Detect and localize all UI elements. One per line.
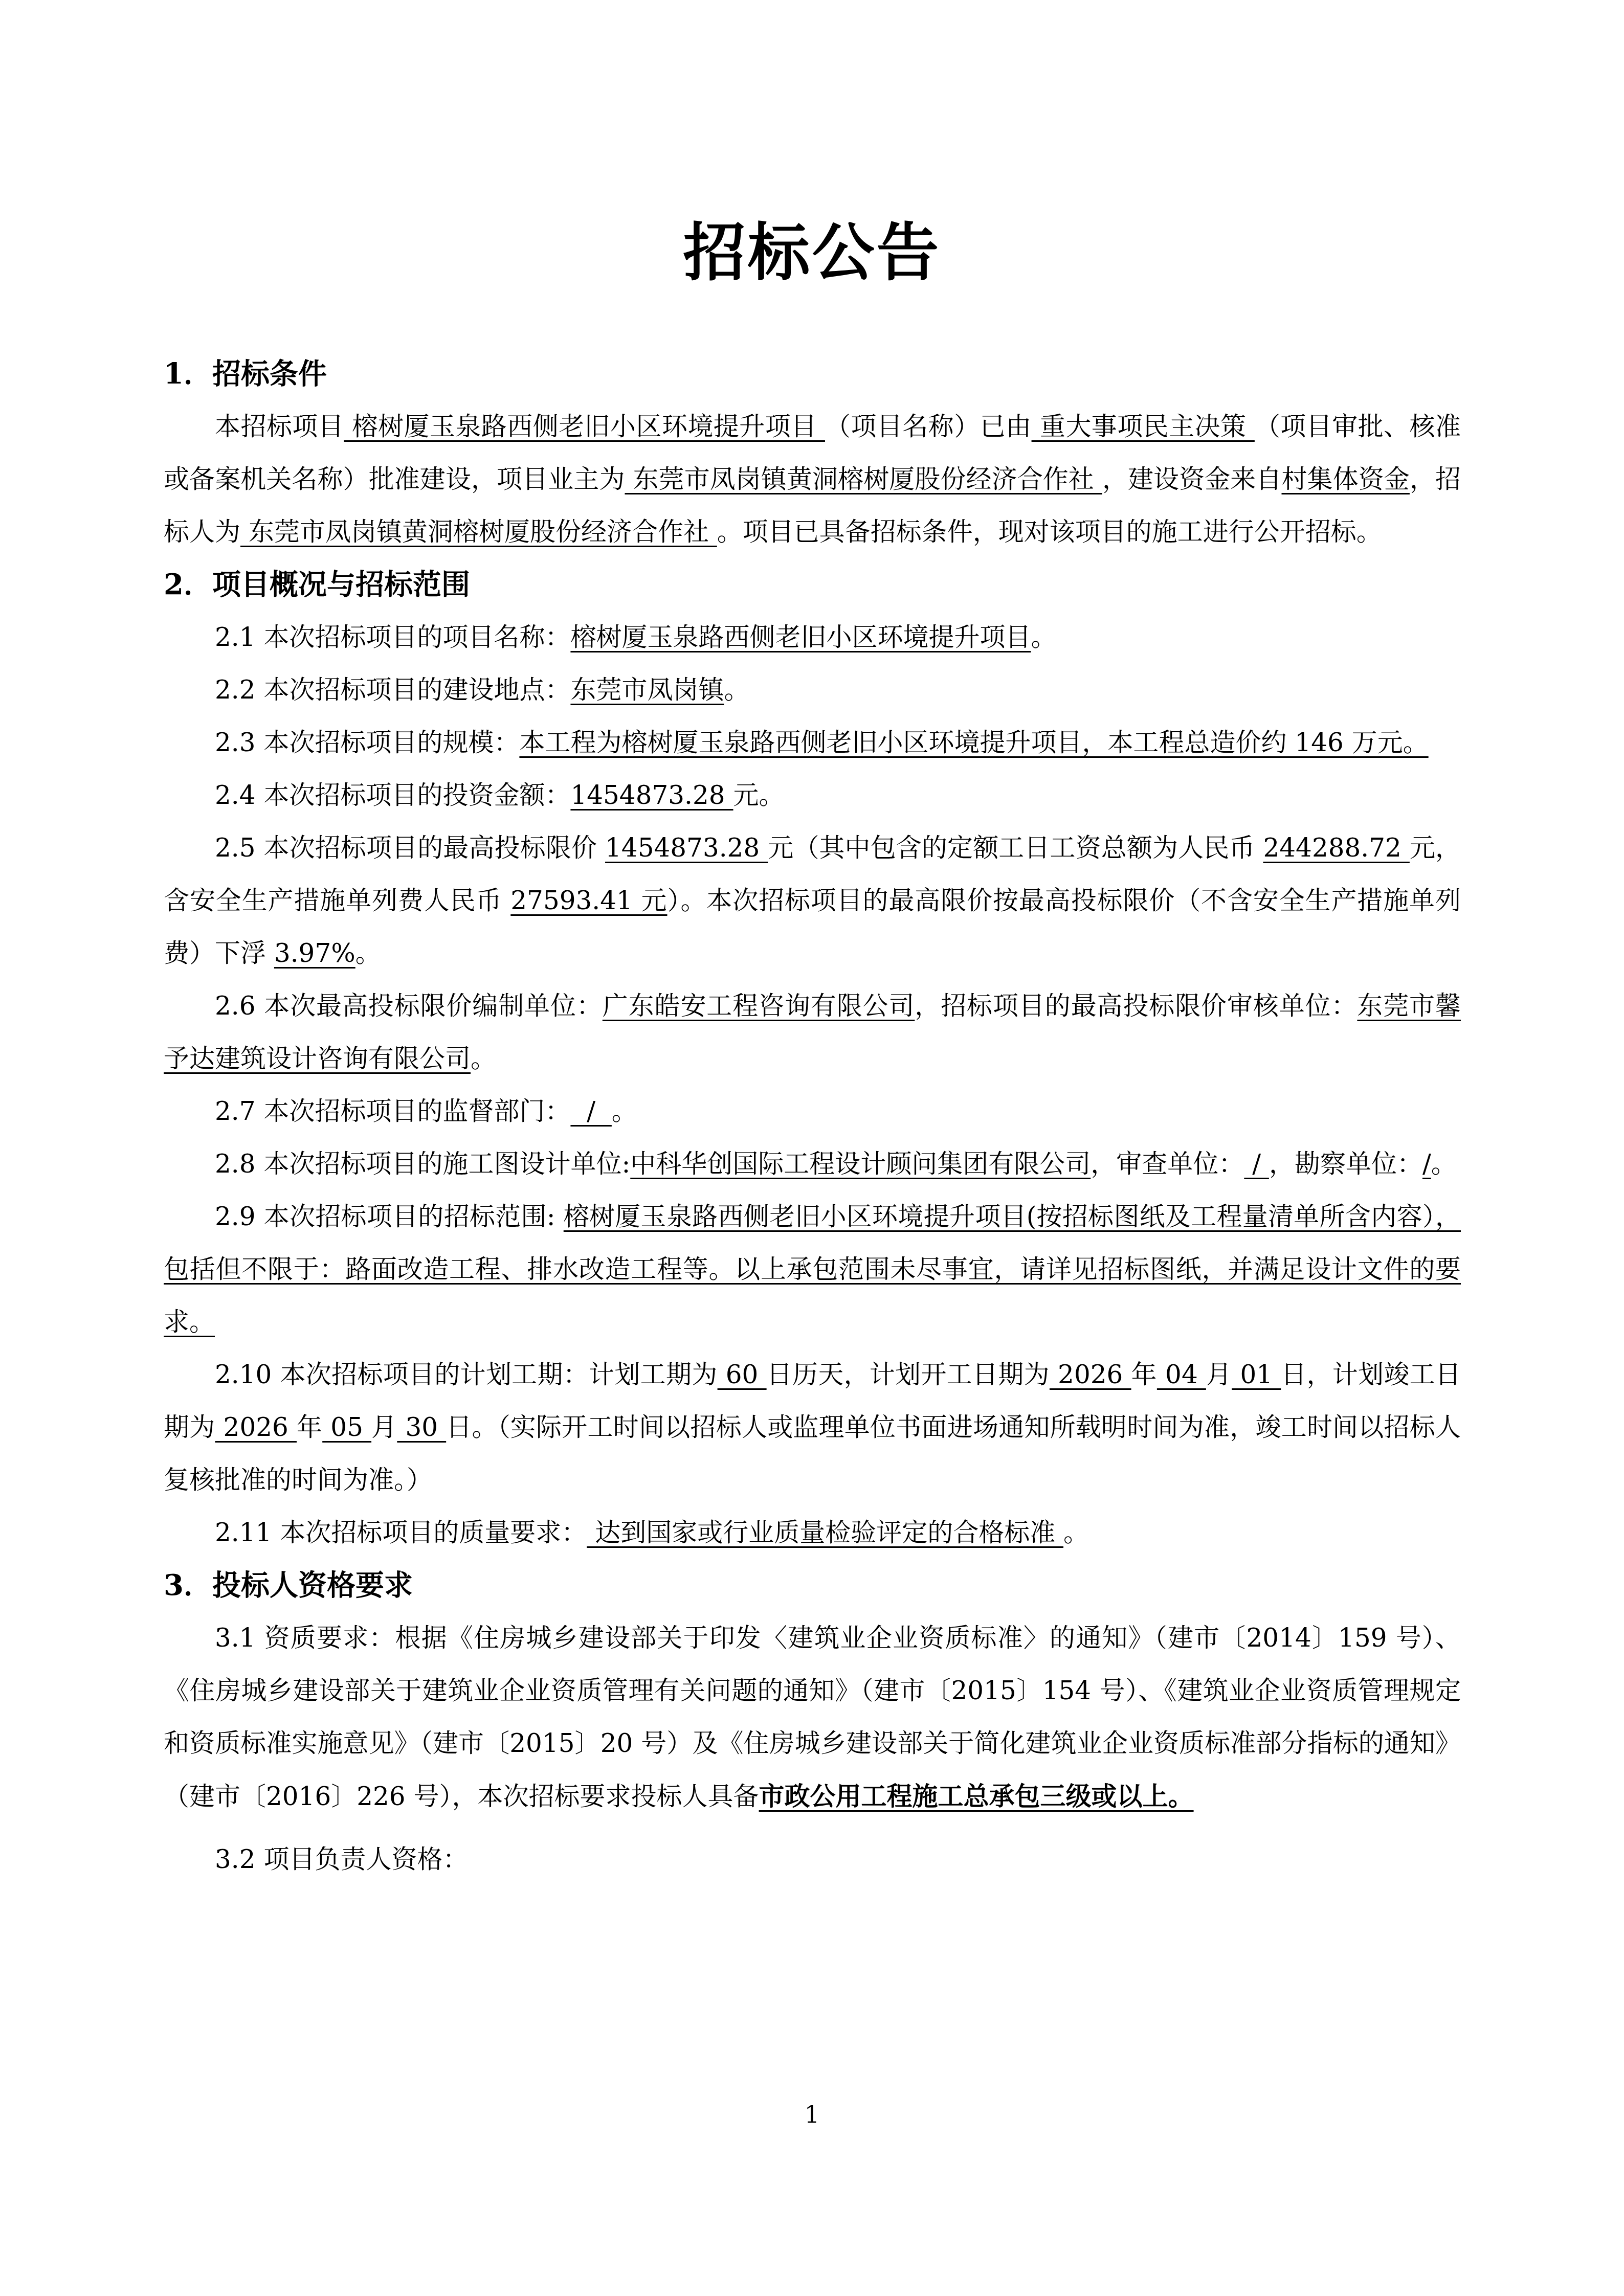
fund-source: 村集体资金 <box>1282 464 1410 494</box>
text: 元（其中包含的定额工日工资总额为人民币 <box>768 833 1263 863</box>
scale-value: 本工程为榕树厦玉泉路西侧老旧小区环境提升项目，本工程总造价约 146 万元。 <box>519 728 1428 757</box>
label: 2.4 本次招标项目的投资金额： <box>215 780 570 810</box>
labor-wage-total: 244288.72 <box>1263 833 1409 863</box>
text: 。项目已具备招标条件，现对该项目的施工进行公开招标。 <box>717 517 1382 547</box>
text: 。 <box>1063 1518 1089 1547</box>
text: 年 <box>1131 1360 1157 1389</box>
section-heading-1: 1．招标条件 <box>164 348 1461 400</box>
text: 。 <box>1031 622 1056 652</box>
project-name: 榕树厦玉泉路西侧老旧小区环境提升项目 <box>344 412 825 441</box>
item-2-11: 2.11 本次招标项目的质量要求： 达到国家或行业质量检验评定的合格标准 。 <box>164 1506 1461 1559</box>
text: ，建设资金来自 <box>1102 464 1282 494</box>
item-2-10: 2.10 本次招标项目的计划工期：计划工期为 60 日历天，计划开工日期为 20… <box>164 1348 1461 1506</box>
approval-authority: 重大事项民主决策 <box>1032 412 1255 441</box>
item-3-2: 3.2 项目负责人资格： <box>164 1833 1461 1886</box>
design-unit: 中科华创国际工程设计顾问集团有限公司 <box>630 1149 1091 1179</box>
safety-fee: 27593.41 元 <box>510 886 667 915</box>
max-bid-price: 1454873.28 <box>605 833 768 863</box>
end-day: 30 <box>397 1412 446 1442</box>
item-2-4: 2.4 本次招标项目的投资金额：1454873.28 元。 <box>164 769 1461 822</box>
label: 2.8 本次招标项目的施工图设计单位: <box>215 1149 630 1179</box>
float-down-rate: 3.97% <box>274 938 355 968</box>
text: ，审查单位： <box>1091 1149 1244 1179</box>
price-compiler: 广东皓安工程咨询有限公司 <box>603 991 915 1021</box>
document-body: 1．招标条件 本招标项目 榕树厦玉泉路西侧老旧小区环境提升项目 （项目名称）已由… <box>164 348 1461 1886</box>
text: 。 <box>724 675 749 705</box>
quality-requirement: 达到国家或行业质量检验评定的合格标准 <box>587 1518 1063 1547</box>
item-2-2: 2.2 本次招标项目的建设地点：东莞市凤岗镇。 <box>164 664 1461 716</box>
item-2-5: 2.5 本次招标项目的最高投标限价 1454873.28 元（其中包含的定额工日… <box>164 822 1461 980</box>
text: ，招标项目的最高投标限价审核单位： <box>915 991 1357 1021</box>
text: （项目名称）已由 <box>825 412 1032 441</box>
end-month: 05 <box>322 1412 371 1442</box>
review-unit: / <box>1244 1149 1269 1179</box>
text: 元。 <box>733 780 785 810</box>
item-2-8: 2.8 本次招标项目的施工图设计单位:中科华创国际工程设计顾问集团有限公司，审查… <box>164 1138 1461 1190</box>
location-value: 东莞市凤岗镇 <box>570 675 724 705</box>
text: ，勘察单位： <box>1269 1149 1422 1179</box>
text: 年 <box>297 1412 322 1442</box>
label: 2.7 本次招标项目的监督部门： <box>215 1096 570 1126</box>
investment-amount: 1454873.28 <box>570 780 733 810</box>
text: 月 <box>1206 1360 1232 1389</box>
supervision-dept: / <box>570 1096 611 1126</box>
text: 。 <box>471 1044 496 1073</box>
item-2-9: 2.9 本次招标项目的招标范围: 榕树厦玉泉路西侧老旧小区环境提升项目(按招标图… <box>164 1190 1461 1348</box>
duration-days: 60 <box>718 1360 767 1389</box>
label: 2.9 本次招标项目的招标范围: <box>215 1202 564 1231</box>
paragraph-tender-conditions: 本招标项目 榕树厦玉泉路西侧老旧小区环境提升项目 （项目名称）已由 重大事项民主… <box>164 400 1461 558</box>
item-2-6: 2.6 本次最高投标限价编制单位：广东皓安工程咨询有限公司，招标项目的最高投标限… <box>164 980 1461 1085</box>
item-2-3: 2.3 本次招标项目的规模：本工程为榕树厦玉泉路西侧老旧小区环境提升项目，本工程… <box>164 716 1461 769</box>
section-heading-3: 3．投标人资格要求 <box>164 1559 1461 1612</box>
label: 2.5 本次招标项目的最高投标限价 <box>215 833 605 863</box>
label: 2.10 本次招标项目的计划工期：计划工期为 <box>215 1360 718 1389</box>
page-number: 1 <box>0 2099 1624 2130</box>
label: 2.11 本次招标项目的质量要求： <box>215 1518 587 1547</box>
page-title: 招标公告 <box>0 214 1624 290</box>
tenderer: 东莞市凤岗镇黄洞榕树厦股份经济合作社 <box>240 517 717 547</box>
text: 3.2 项目负责人资格： <box>215 1844 468 1874</box>
text: 月 <box>371 1412 397 1442</box>
start-month: 04 <box>1157 1360 1206 1389</box>
survey-unit: / <box>1422 1149 1431 1179</box>
label: 2.2 本次招标项目的建设地点： <box>215 675 570 705</box>
project-owner: 东莞市凤岗镇黄洞榕树厦股份经济合作社 <box>625 464 1102 494</box>
item-3-1: 3.1 资质要求：根据《住房城乡建设部关于印发〈建筑业企业资质标准〉的通知》（建… <box>164 1612 1461 1823</box>
text: 本招标项目 <box>215 412 344 441</box>
label: 2.6 本次最高投标限价编制单位： <box>215 991 603 1021</box>
text: 。 <box>612 1096 637 1126</box>
start-day: 01 <box>1232 1360 1281 1389</box>
qualification-requirement: 市政公用工程施工总承包三级或以上。 <box>759 1781 1194 1811</box>
section-heading-2: 2．项目概况与招标范围 <box>164 558 1461 611</box>
text: 日历天，计划开工日期为 <box>767 1360 1050 1389</box>
start-year: 2026 <box>1050 1360 1131 1389</box>
item-2-1: 2.1 本次招标项目的项目名称：榕树厦玉泉路西侧老旧小区环境提升项目。 <box>164 611 1461 664</box>
item-2-7: 2.7 本次招标项目的监督部门： / 。 <box>164 1085 1461 1138</box>
project-name-value: 榕树厦玉泉路西侧老旧小区环境提升项目 <box>570 622 1031 652</box>
end-year: 2026 <box>215 1412 297 1442</box>
text: 。 <box>1431 1149 1457 1179</box>
label: 2.1 本次招标项目的项目名称： <box>215 622 570 652</box>
label: 2.3 本次招标项目的规模： <box>215 728 519 757</box>
text: 。 <box>355 938 381 968</box>
